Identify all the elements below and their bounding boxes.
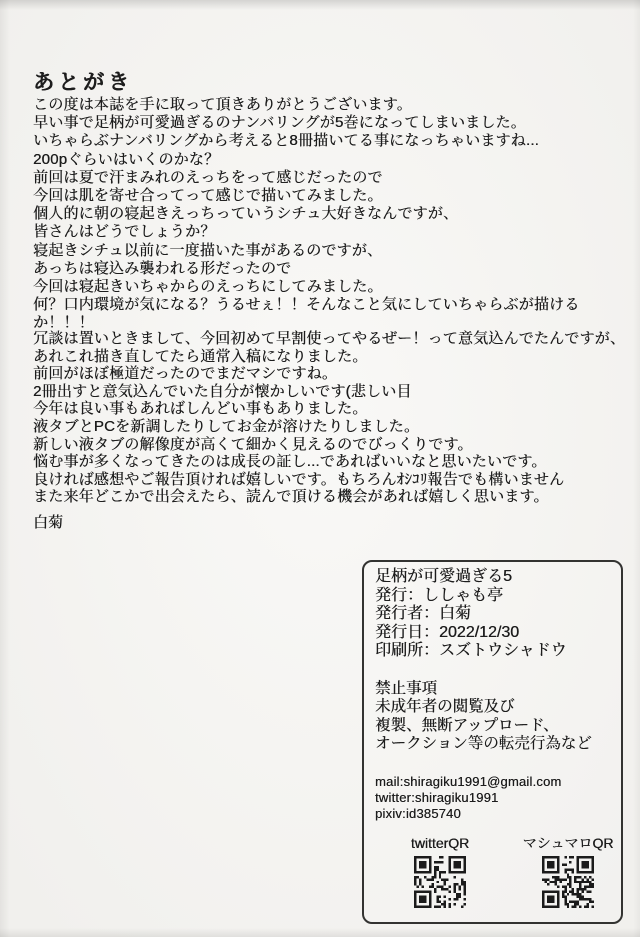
afterword-scan-page: あとがき この度は本誌を手に取って頂きありがとうございます。 早い事で足柄が可愛… bbox=[0, 0, 640, 937]
colophon-box: 足柄が可愛過ぎる5 発行：ししゃも亭 発行者：白菊 発行日：2022/12/30… bbox=[362, 560, 623, 924]
contact-info: mail:shiragiku1991@gmail.com twitter:shi… bbox=[375, 774, 611, 823]
page-title: あとがき bbox=[33, 66, 133, 96]
marshmallow-qr-column: マシュマロQR bbox=[525, 835, 611, 908]
afterword-paragraph-1: この度は本誌を手に取って頂きありがとうございます。 早い事で足柄が可愛過ぎるのナ… bbox=[33, 96, 640, 333]
twitter-qr-column: twitterQR bbox=[401, 835, 479, 908]
twitter-qr-code-icon bbox=[414, 856, 466, 908]
marshmallow-qr-code-icon bbox=[542, 856, 594, 908]
publication-info: 足柄が可愛過ぎる5 発行：ししゃも亭 発行者：白菊 発行日：2022/12/30… bbox=[375, 568, 611, 661]
prohibited-actions: 禁止事項 未成年者の閲覧及び 複製、無断アップロード、 オークション等の転売行為… bbox=[375, 680, 611, 754]
afterword-paragraph-2: 冗談は置いときまして、今回初めて早割使ってやるぜー！って意気込んでたんですが、 … bbox=[33, 330, 625, 506]
qr-section: twitterQR マシュマロQR bbox=[375, 835, 611, 908]
twitter-qr-label: twitterQR bbox=[411, 835, 469, 851]
author-signature: 白菊 bbox=[33, 511, 63, 532]
marshmallow-qr-label: マシュマロQR bbox=[523, 835, 614, 851]
